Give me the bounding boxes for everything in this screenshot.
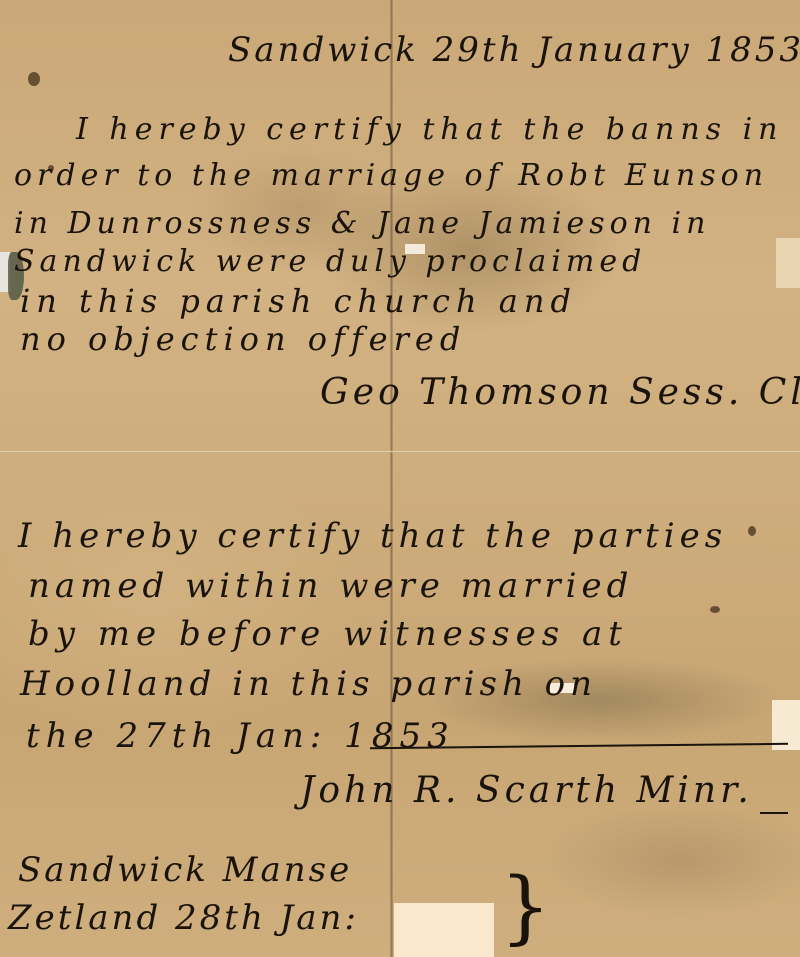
minister-signature: John R. Scarth Minr. <box>300 770 753 811</box>
marriage-line-3: by me before witnesses at <box>28 614 628 654</box>
ink-spot <box>28 72 40 86</box>
signature-underline <box>760 812 788 814</box>
marriage-line-2: named within were married <box>28 566 633 606</box>
dateline: Sandwick 29th January 1853 <box>228 30 800 70</box>
ink-spot <box>748 526 756 536</box>
document-page: Sandwick 29th January 1853 I hereby cert… <box>0 0 800 957</box>
banns-line-4: Sandwick were duly proclaimed <box>14 244 646 279</box>
session-clerk-signature: Geo Thomson Sess. Clk. <box>320 372 800 413</box>
ink-spot <box>710 606 720 613</box>
banns-line-1: I hereby certify that the banns in <box>76 112 783 147</box>
marriage-line-4: Hoolland in this parish on <box>20 664 597 704</box>
banns-line-3: in Dunrossness & Jane Jamieson in <box>14 206 710 241</box>
paper-tear-right <box>776 238 800 288</box>
place-line-1: Sandwick Manse <box>18 850 352 890</box>
horizontal-fold-crease <box>0 450 800 453</box>
place-line-2: Zetland 28th Jan: <box>8 898 359 938</box>
marriage-line-5: the 27th Jan: 1853 <box>26 716 455 756</box>
brace-mark: } <box>500 860 551 953</box>
banns-line-5: in this parish church and <box>20 282 577 320</box>
banns-line-6: no objection offered <box>20 320 466 358</box>
banns-line-2: order to the marriage of Robt Eunson <box>14 158 768 193</box>
marriage-line-1: I hereby certify that the parties <box>18 516 727 556</box>
paper-tear-bottom <box>394 903 494 957</box>
